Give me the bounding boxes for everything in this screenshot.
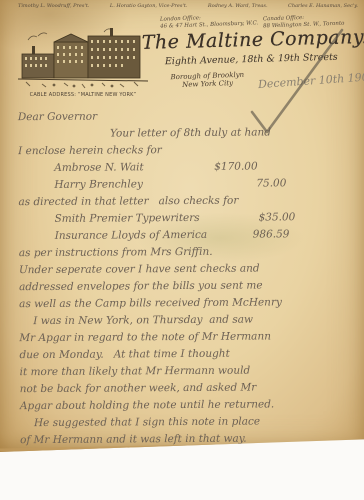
line-text: it more than likely that Mr Hermann woul… <box>20 365 251 379</box>
payee-name: Insurance Lloyds of America <box>55 229 207 242</box>
line-text: Mr Apgar in regard to the note of Mr Her… <box>19 330 271 344</box>
officer-names-row: Timothy L. Woodruff, Pres't. L. Horatio … <box>18 3 358 9</box>
payee-name: Smith Premier Typewriters <box>55 212 200 225</box>
line-text: as per instructions from Mrs Griffin. <box>19 246 213 259</box>
officer-name: Timothy L. Woodruff, Pres't. <box>18 3 89 9</box>
payee-name: Ambrose N. Wait <box>54 161 144 174</box>
line-text: Apgar about holding the note until he re… <box>20 398 274 412</box>
factory-engraving-illustration <box>18 26 148 92</box>
scanned-letter: Timothy L. Woodruff, Pres't. L. Horatio … <box>0 0 364 500</box>
letter-body: Dear Governor Your letter of 8th duly at… <box>18 109 357 451</box>
check-amount: $35.00 <box>259 211 296 223</box>
officer-name: Rodney A. Ward, Treas. <box>208 3 268 9</box>
letter-paper: Timothy L. Woodruff, Pres't. L. Horatio … <box>0 0 364 452</box>
line-text: Under seperate cover I have sent checks … <box>19 262 260 276</box>
check-amount: 75.00 <box>256 177 286 189</box>
line-text: He suggested that I sign this note in pl… <box>34 415 260 429</box>
check-amount: $170.00 <box>214 161 258 173</box>
line-text: Your letter of 8th duly at hand <box>110 126 271 139</box>
line-text: as well as the Camp bills received from … <box>19 296 282 310</box>
line-text: I was in New York, on Thursday and saw <box>33 314 253 328</box>
line-text: addressed envelopes for the bills you se… <box>19 279 263 293</box>
line-text: as directed in that letter also checks f… <box>18 195 238 209</box>
officer-name: L. Horatio Gayton, Vice-Pres't. <box>110 3 188 9</box>
line-text: Dear Governor <box>18 111 97 124</box>
check-amount: 986.59 <box>253 228 290 240</box>
line-text: I enclose herein checks for <box>18 144 162 157</box>
officer-name: Charles E. Hanaman, Sec'y. <box>288 3 358 9</box>
payee-name: Harry Brenchley <box>54 178 143 191</box>
cable-address-caption: CABLE ADDRESS: “MALTINE NEW YORK” <box>16 92 150 98</box>
line-text: due on Monday. At that time I thought <box>19 348 229 361</box>
line-text: not be back for another week, and asked … <box>20 382 257 396</box>
